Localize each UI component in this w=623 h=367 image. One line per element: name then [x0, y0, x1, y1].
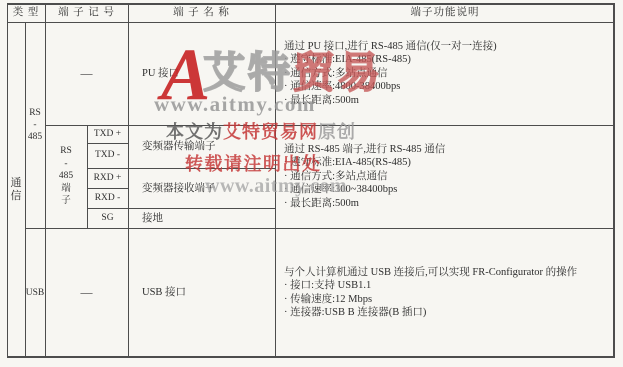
symbol-txd-minus: TXD - [87, 143, 128, 168]
name-transmit: 变频器传输端子 [128, 125, 275, 168]
header-name: 端 子 名 称 [128, 3, 275, 22]
type-cell-communication: 通 信 [7, 22, 25, 358]
scanned-document-page: 类 型 端 子 记 号 端 子 名 称 端子功能说明 通 信 RS - 485 … [0, 0, 623, 367]
name-usb-port: USB 接口 [128, 228, 275, 357]
desc-item: · 最长距离:500m [284, 197, 610, 211]
symbol-txd-plus: TXD + [87, 125, 128, 143]
desc-title: 与个人计算机通过 USB 连接后,可以实现 FR-Configurator 的操… [284, 266, 610, 280]
desc-item: · 通信速率:300~38400bps [284, 183, 610, 197]
rs485-function-description: 通过 RS-485 端子,进行 RS-485 通信 · 遵守标准:EIA-485… [276, 125, 614, 228]
header-function: 端子功能说明 [275, 3, 615, 22]
desc-item: · 最长距离:500m [284, 94, 610, 108]
rs485-group-label: RS - 485 端 子 [45, 125, 87, 228]
header-symbol: 端 子 记 号 [45, 3, 128, 22]
usb-function-description: 与个人计算机通过 USB 连接后,可以实现 FR-Configurator 的操… [276, 228, 614, 357]
symbol-sg: SG [87, 208, 128, 228]
desc-item: · 通信方式:多站点通信 [284, 170, 610, 184]
pu-function-description: 通过 PU 接口,进行 RS-485 通信(仅一对一连接) · 遵守标准:EIA… [276, 22, 614, 125]
type-cell-rs485: RS - 485 [25, 22, 45, 228]
desc-item: · 连接器:USB B 连接器(B 插口) [284, 306, 610, 320]
desc-title: 通过 RS-485 端子,进行 RS-485 通信 [284, 143, 610, 157]
desc-item: · 通信方式:多站点通信 [284, 67, 610, 81]
desc-item: · 传输速度:12 Mbps [284, 293, 610, 307]
name-ground: 接地 [128, 208, 275, 228]
desc-item: · 遵守标准:EIA-485(RS-485) [284, 53, 610, 67]
desc-item: · 接口:支持 USB1.1 [284, 279, 610, 293]
name-receive: 变频器接收端子 [128, 168, 275, 208]
desc-title: 通过 PU 接口,进行 RS-485 通信(仅一对一连接) [284, 40, 610, 54]
pu-symbol-dash: — [45, 22, 128, 125]
header-type: 类 型 [7, 3, 45, 22]
type-cell-usb: USB [25, 228, 45, 358]
symbol-rxd-plus: RXD + [87, 168, 128, 188]
name-pu-port: PU 接口 [128, 22, 275, 125]
desc-item: · 通信速率:4800-38400bps [284, 80, 610, 94]
symbol-rxd-minus: RXD - [87, 188, 128, 208]
usb-symbol-dash: — [45, 228, 128, 357]
desc-item: · 遵守标准:EIA-485(RS-485) [284, 156, 610, 170]
